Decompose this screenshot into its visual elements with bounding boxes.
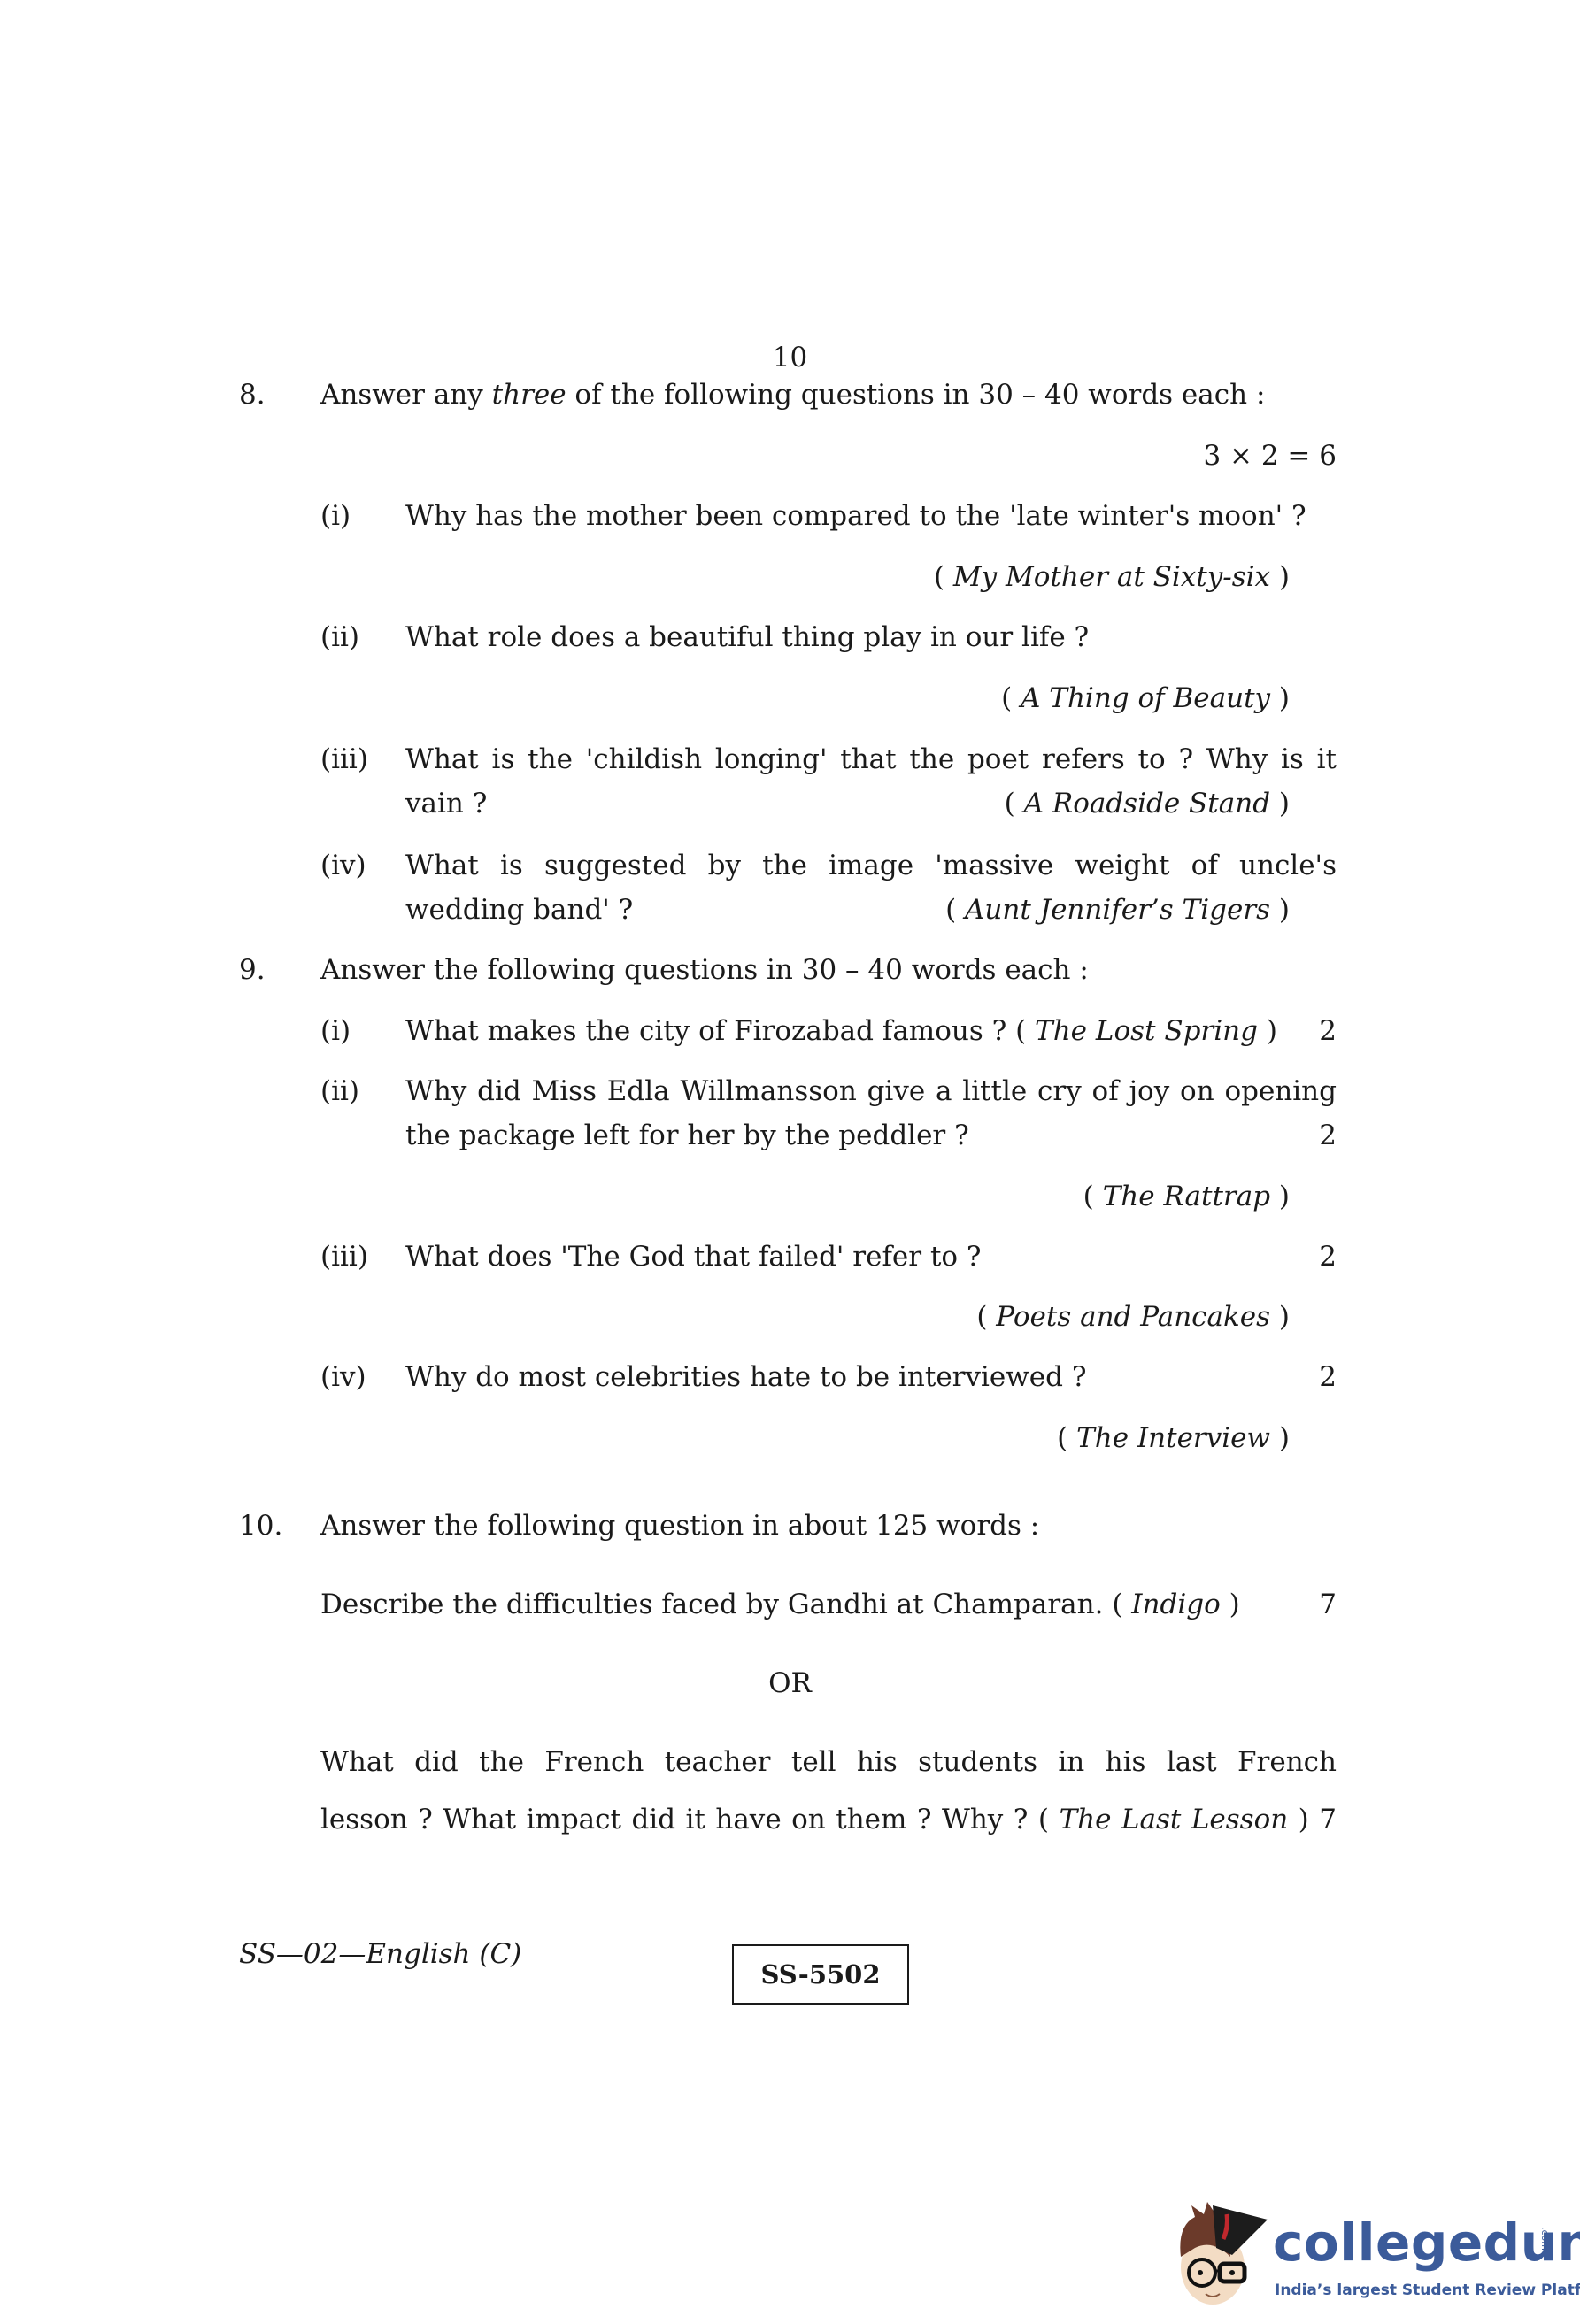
question-body: lesson ? What impact did it have on them…	[320, 1804, 1028, 1835]
page-number: 10	[0, 340, 1580, 375]
question-body: Describe the difficulties faced by Gandh…	[320, 1589, 1103, 1620]
option-text: What did the French teacher tell his stu…	[320, 1744, 1337, 1780]
sub-question-label: (i)	[320, 1013, 351, 1049]
marks: 2	[1319, 1239, 1337, 1274]
source-reference: ( Poets and Pancakes )	[976, 1299, 1290, 1335]
instruction-text: of the following questions in 30 – 40 wo…	[566, 379, 1266, 411]
question-body: What makes the city of Firozabad famous …	[405, 1015, 1006, 1047]
source-reference: ( A Roadside Stand )	[1005, 786, 1290, 821]
sub-question-label: (iii)	[320, 1239, 368, 1274]
source-reference: ( The Rattrap )	[1083, 1179, 1290, 1214]
source-reference: ( Aunt Jennifer’s Tigers )	[945, 892, 1290, 927]
collegedunia-watermark: collegedunia .com India’s largest Studen…	[1168, 2186, 1576, 2319]
question-number: 10.	[239, 1508, 282, 1543]
question-instruction: Answer the following questions in 30 – 4…	[320, 952, 1089, 988]
paper-code-box-label: SS-5502	[760, 1959, 880, 1989]
source-reference: ( My Mother at Sixty-six )	[934, 559, 1290, 595]
source-reference: ( The Interview )	[1057, 1420, 1290, 1456]
sub-question-text-cont: vain ?	[405, 786, 487, 821]
or-separator: OR	[0, 1666, 1580, 1701]
sub-question-label: (iv)	[320, 848, 366, 883]
sub-question-label: (iv)	[320, 1359, 366, 1395]
sub-question-text-cont: the package left for her by the peddler …	[405, 1118, 969, 1153]
source-title: Indigo	[1131, 1589, 1220, 1620]
brand-suffix: .com	[1539, 2227, 1551, 2251]
sub-question-text: What makes the city of Firozabad famous …	[405, 1013, 1277, 1049]
question-instruction: Answer any three of the following questi…	[320, 377, 1265, 412]
sub-question-label: (ii)	[320, 619, 359, 655]
marks: 7	[1319, 1587, 1337, 1622]
source-reference: ( A Thing of Beauty )	[1001, 681, 1290, 716]
source-title: A Thing of Beauty	[1021, 682, 1270, 714]
question-instruction: Answer the following question in about 1…	[320, 1508, 1039, 1543]
source-title: My Mother at Sixty-six	[953, 561, 1270, 593]
marks: 2	[1319, 1013, 1337, 1049]
source-title: The Last Lesson	[1059, 1804, 1288, 1835]
option-text-cont: lesson ? What impact did it have on them…	[320, 1802, 1337, 1837]
marks: 7	[1319, 1804, 1337, 1835]
sub-question-text: What is suggested by the image 'massive …	[405, 848, 1337, 883]
source-title: The Rattrap	[1103, 1181, 1270, 1212]
sub-question-text: What does 'The God that failed' refer to…	[405, 1239, 982, 1274]
sub-question-text: Why do most celebrities hate to be inter…	[405, 1359, 1086, 1395]
instruction-text: Answer any	[320, 379, 492, 411]
source-title: Poets and Pancakes	[996, 1301, 1270, 1333]
mascot-icon	[1168, 2186, 1273, 2319]
sub-question-text-cont: wedding band' ?	[405, 892, 633, 927]
option-text: Describe the difficulties faced by Gandh…	[320, 1587, 1240, 1622]
sub-question-label: (iii)	[320, 742, 368, 777]
sub-question-text: Why has the mother been compared to the …	[405, 498, 1306, 534]
sub-question-text: What is the 'childish longing' that the …	[405, 742, 1337, 777]
paper-code: SS—02—English (C)	[239, 1938, 521, 1970]
brand-tagline: India’s largest Student Review Platform	[1275, 2282, 1580, 2299]
sub-question-text: What role does a beautiful thing play in…	[405, 619, 1089, 655]
marks: 2	[1319, 1359, 1337, 1395]
paper-code-box: SS-5502	[732, 1944, 909, 2005]
instruction-emphasis: three	[492, 379, 566, 411]
brand-name: collegedunia	[1273, 2212, 1580, 2273]
question-number: 8.	[239, 377, 266, 412]
source-title: Aunt Jennifer’s Tigers	[965, 894, 1270, 926]
marks: 2	[1319, 1118, 1337, 1153]
source-title: The Lost Spring	[1035, 1015, 1258, 1047]
sub-question-label: (i)	[320, 498, 351, 534]
sub-question-text: Why did Miss Edla Willmansson give a lit…	[405, 1074, 1337, 1109]
question-number: 9.	[239, 952, 266, 988]
sub-question-label: (ii)	[320, 1074, 359, 1109]
marks-allocation: 3 × 2 = 6	[1203, 438, 1337, 473]
source-title: The Interview	[1076, 1422, 1270, 1454]
source-title: A Roadside Stand	[1024, 788, 1270, 820]
